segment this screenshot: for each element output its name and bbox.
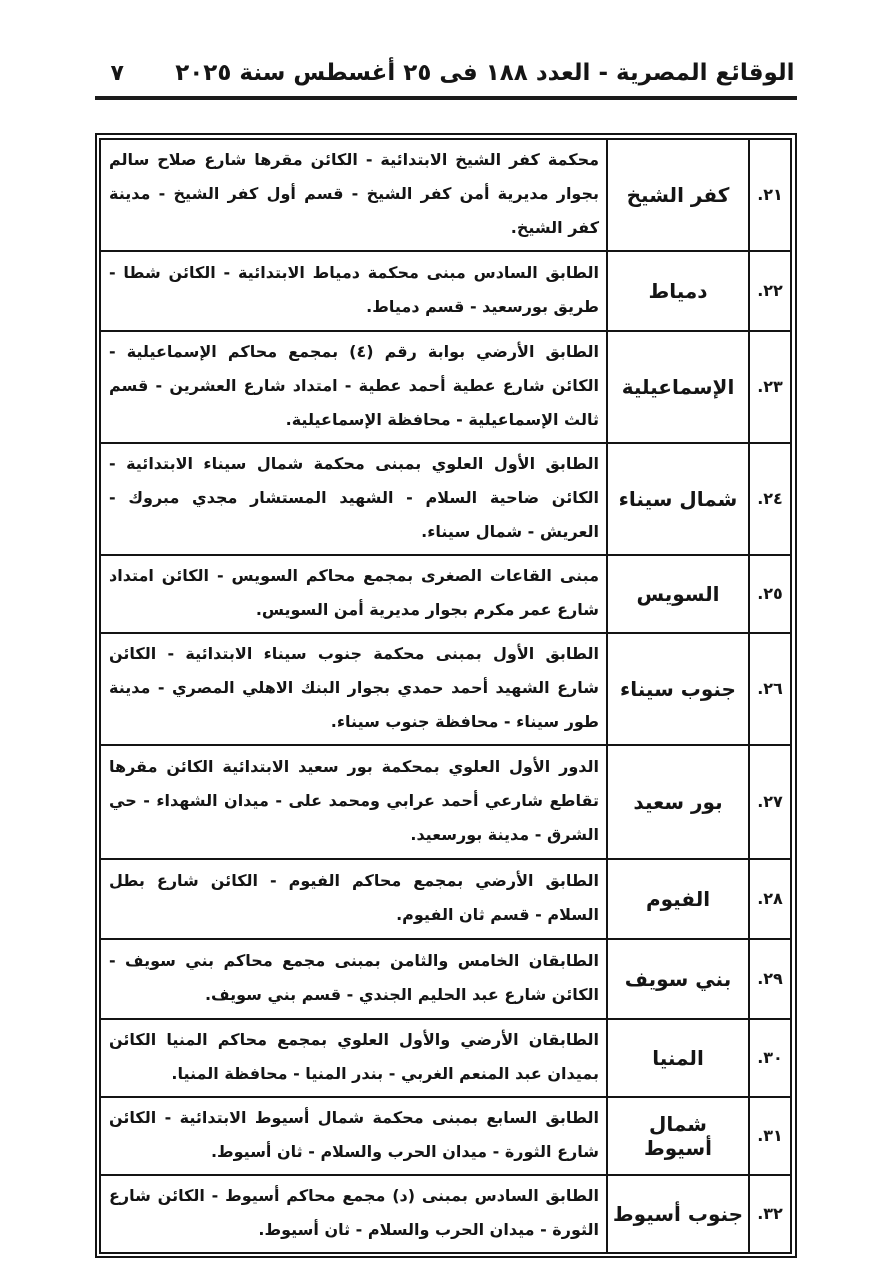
governorate-name-cell: جنوب أسيوط (607, 1175, 749, 1253)
row-number-cell: ٢٨. (749, 859, 791, 939)
courts-table-border: ٢١.كفر الشيخمحكمة كفر الشيخ الابتدائية -… (95, 133, 797, 1258)
court-location-cell: الطابقان الخامس والثامن بمبنى مجمع محاكم… (100, 939, 607, 1019)
court-location-cell: مبنى القاعات الصغرى بمجمع محاكم السويس -… (100, 555, 607, 633)
table-row: ٢٨.الفيومالطابق الأرضي بمجمع محاكم الفيو… (100, 859, 791, 939)
court-location-cell: محكمة كفر الشيخ الابتدائية - الكائن مقره… (100, 139, 607, 251)
page-number: ٧ (105, 61, 124, 86)
table-row: ٢٧.بور سعيدالدور الأول العلوي بمحكمة بور… (100, 745, 791, 859)
row-number-cell: ٢١. (749, 139, 791, 251)
governorate-name-cell: جنوب سيناء (607, 633, 749, 745)
governorate-name-cell: كفر الشيخ (607, 139, 749, 251)
header-rule (95, 96, 797, 100)
governorate-name-cell: شمال أسيوط (607, 1097, 749, 1175)
gazette-page: الوقائع المصرية - العدد ١٨٨ فى ٢٥ أغسطس … (95, 0, 797, 1258)
court-location-cell: الطابق السابع بمبنى محكمة شمال أسيوط الا… (100, 1097, 607, 1175)
court-location-cell: الطابق السادس بمبنى (د) مجمع محاكم أسيوط… (100, 1175, 607, 1253)
running-head: الوقائع المصرية - العدد ١٨٨ فى ٢٥ أغسطس … (95, 60, 797, 96)
table-row: ٢١.كفر الشيخمحكمة كفر الشيخ الابتدائية -… (100, 139, 791, 251)
row-number-cell: ٣١. (749, 1097, 791, 1175)
governorate-name-cell: بني سويف (607, 939, 749, 1019)
row-number-cell: ٢٤. (749, 443, 791, 555)
governorate-name-cell: دمياط (607, 251, 749, 331)
row-number-cell: ٣٠. (749, 1019, 791, 1097)
row-number-cell: ٢٣. (749, 331, 791, 443)
governorate-name-cell: السويس (607, 555, 749, 633)
governorate-name-cell: شمال سيناء (607, 443, 749, 555)
row-number-cell: ٢٧. (749, 745, 791, 859)
court-location-cell: الطابق السادس مبنى محكمة دمياط الابتدائي… (100, 251, 607, 331)
governorate-name-cell: بور سعيد (607, 745, 749, 859)
row-number-cell: ٢٥. (749, 555, 791, 633)
court-location-cell: الطابق الأرضي بوابة رقم (٤) بمجمع محاكم … (100, 331, 607, 443)
table-row: ٢٦.جنوب سيناءالطابق الأول بمبنى محكمة جن… (100, 633, 791, 745)
row-number-cell: ٢٦. (749, 633, 791, 745)
court-location-cell: الطابق الأول بمبنى محكمة جنوب سيناء الاب… (100, 633, 607, 745)
row-number-cell: ٣٢. (749, 1175, 791, 1253)
courts-table-body: ٢١.كفر الشيخمحكمة كفر الشيخ الابتدائية -… (100, 139, 791, 1253)
courts-table: ٢١.كفر الشيخمحكمة كفر الشيخ الابتدائية -… (99, 138, 792, 1254)
table-row: ٢٤.شمال سيناءالطابق الأول العلوي بمبنى م… (100, 443, 791, 555)
court-location-cell: الدور الأول العلوي بمحكمة بور سعيد الابت… (100, 745, 607, 859)
table-row: ٢٩.بني سويفالطابقان الخامس والثامن بمبنى… (100, 939, 791, 1019)
table-row: ٣٠.المنياالطابقان الأرضي والأول العلوي ب… (100, 1019, 791, 1097)
table-row: ٢٥.السويسمبنى القاعات الصغرى بمجمع محاكم… (100, 555, 791, 633)
governorate-name-cell: الفيوم (607, 859, 749, 939)
table-row: ٢٣.الإسماعيليةالطابق الأرضي بوابة رقم (٤… (100, 331, 791, 443)
table-row: ٢٢.دمياطالطابق السادس مبنى محكمة دمياط ا… (100, 251, 791, 331)
gazette-title: الوقائع المصرية - العدد ١٨٨ فى ٢٥ أغسطس … (175, 60, 794, 86)
court-location-cell: الطابق الأول العلوي بمبنى محكمة شمال سين… (100, 443, 607, 555)
row-number-cell: ٢٢. (749, 251, 791, 331)
table-row: ٣١.شمال أسيوطالطابق السابع بمبنى محكمة ش… (100, 1097, 791, 1175)
table-row: ٣٢.جنوب أسيوطالطابق السادس بمبنى (د) مجم… (100, 1175, 791, 1253)
governorate-name-cell: الإسماعيلية (607, 331, 749, 443)
court-location-cell: الطابقان الأرضي والأول العلوي بمجمع محاك… (100, 1019, 607, 1097)
court-location-cell: الطابق الأرضي بمجمع محاكم الفيوم - الكائ… (100, 859, 607, 939)
row-number-cell: ٢٩. (749, 939, 791, 1019)
governorate-name-cell: المنيا (607, 1019, 749, 1097)
